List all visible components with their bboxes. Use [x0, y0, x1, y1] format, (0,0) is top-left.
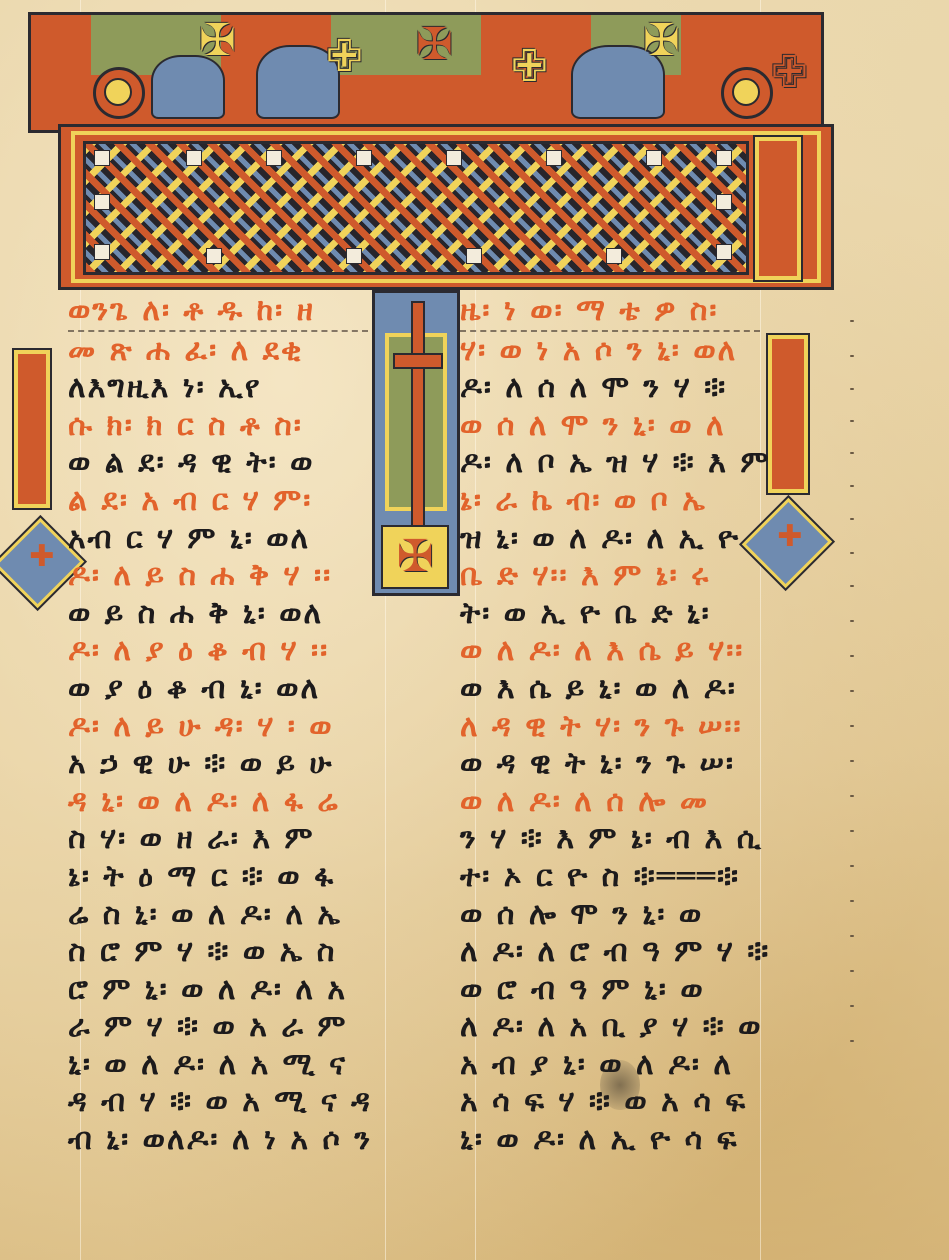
text-line: ወ ያ ዕ ቆ ብ ኒ፡ ወለ	[68, 670, 368, 708]
text-line: ሱ ክ፡ ክ ር ስ ቶ ስ፡	[68, 407, 368, 445]
text-line: ኒ፡ ወ ለ ዶ፡ ለ አ ሚ ና	[68, 1046, 368, 1084]
cross-icon: ✠	[199, 19, 236, 63]
text-line: ቤ ድ ሃ፡፡ እ ም ኔ፡ ሩ	[460, 557, 760, 595]
text-line: ወ ሰ ለ ሞ ን ኒ፡ ወ ለ	[460, 407, 760, 445]
text-line: ስ ሃ፡ ወ ዘ ራ፡ እ ም	[68, 820, 368, 858]
pricking-mark	[850, 518, 854, 520]
pricking-mark	[850, 690, 854, 692]
interlace-headpiece: ✠ ✙ ✠ ✙ ✠ ✙	[8, 6, 848, 291]
text-line: ዶ፡ ለ ሰ ለ ሞ ን ሃ ፨	[460, 369, 760, 407]
text-line: ኔ፡ ት ዕ ማ ር ፨ ወ ፋ	[68, 858, 368, 896]
text-line: ወ ሮ ብ ዓ ም ኒ፡ ወ	[460, 971, 760, 1009]
text-line: ወ ለ ዶ፡ ለ እ ሴ ይ ሃ፡፡	[460, 632, 760, 670]
ink-stain	[600, 1060, 640, 1110]
text-line: መ ጽ ሐ ፈ፡ ለ ደቂ	[68, 332, 368, 370]
pricking-mark	[850, 420, 854, 422]
text-line: ዝ ኒ፡ ወ ለ ዶ፡ ለ ኢ ዮ	[460, 520, 760, 558]
pricking-mark	[850, 1005, 854, 1007]
pricking-mark	[850, 452, 854, 454]
text-column-left: ወንጌ ለ፡ ቶ ዱ ከ፡ ዘመ ጽ ሐ ፈ፡ ለ ደቂለእግዚእ ነ፡ ኢየሱ…	[68, 292, 368, 1159]
text-line: ለእግዚእ ነ፡ ኢየ	[68, 369, 368, 407]
text-line: ራ ም ሃ ፨ ወ አ ራ ም	[68, 1008, 368, 1046]
text-line: ወ ለ ዶ፡ ለ ሰ ሎ መ	[460, 783, 760, 821]
cross-icon: ✙	[771, 51, 808, 95]
pricking-mark	[850, 585, 854, 587]
pricking-mark	[850, 320, 854, 322]
text-line: ኔ፡ ራ ኬ ብ፡ ወ ቦ ኤ	[460, 482, 760, 520]
cross-icon: ✙	[326, 35, 363, 79]
pricking-mark	[850, 655, 854, 657]
text-line: ተ፡ ኦ ር ዮ ስ ፨═══፨	[460, 858, 760, 896]
text-column-right: ዜ፡ ነ ወ፡ ማ ቴ ዎ ስ፡ሃ፡ ወ ነ አ ሶ ን ኒ፡ ወለዶ፡ ለ ሰ…	[460, 292, 760, 1159]
text-line: ዜ፡ ነ ወ፡ ማ ቴ ዎ ስ፡	[460, 292, 760, 332]
cross-icon: ✠	[416, 23, 453, 67]
pricking-mark	[850, 620, 854, 622]
pricking-mark	[850, 388, 854, 390]
manuscript-page: ✠ ✙ ✠ ✙ ✠ ✙	[0, 0, 949, 1260]
text-line: ወ ይ ስ ሐ ቅ ኒ፡ ወለ	[68, 595, 368, 633]
central-cross-column: ✠	[372, 290, 460, 596]
text-line: ት፡ ወ ኢ ዮ ቤ ድ ኒ፡	[460, 595, 760, 633]
text-line: ወ ል ደ፡ ዳ ዊ ት፡ ወ	[68, 444, 368, 482]
pricking-mark	[850, 1040, 854, 1042]
cross-icon	[411, 301, 425, 535]
text-line: ሬ ስ ኒ፡ ወ ለ ዶ፡ ለ ኤ	[68, 896, 368, 934]
left-pillar	[14, 350, 50, 508]
text-line: ወንጌ ለ፡ ቶ ዱ ከ፡ ዘ	[68, 292, 368, 332]
pricking-mark	[850, 552, 854, 554]
text-line: ል ደ፡ አ ብ ር ሃ ም፡	[68, 482, 368, 520]
text-line: ለ ዶ፡ ለ ሮ ብ ዓ ም ሃ ፨	[460, 933, 760, 971]
headpiece-frame	[58, 124, 834, 290]
pricking-mark	[850, 935, 854, 937]
medallion-icon	[721, 67, 773, 119]
medallion-icon	[93, 67, 145, 119]
text-line: ሮ ም ኒ፡ ወ ለ ዶ፡ ለ አ	[68, 971, 368, 1009]
text-line: ለ ዶ፡ ለ አ ቢ ያ ሃ ፨ ወ	[460, 1008, 760, 1046]
text-line: ዳ ኒ፡ ወ ለ ዶ፡ ለ ፋ ሬ	[68, 783, 368, 821]
text-line: ዳ ብ ሃ ፨ ወ አ ሚ ና ዳ	[68, 1083, 368, 1121]
pricking-mark	[850, 900, 854, 902]
pricking-mark	[850, 760, 854, 762]
text-line: ዶ፡ ለ ቦ ኤ ዝ ሃ ፨ እ ም	[460, 444, 760, 482]
text-line: ወ ሰ ሎ ሞ ን ኒ፡ ወ	[460, 896, 760, 934]
pricking-mark	[850, 355, 854, 357]
pricking-mark	[850, 970, 854, 972]
text-line: ለ ዳ ዊ ት ሃ፡ ን ጉ ሠ፡፡	[460, 708, 760, 746]
text-line: ዶ፡ ለ ይ ስ ሐ ቅ ሃ ፡፡	[68, 557, 368, 595]
pricking-mark	[850, 795, 854, 797]
text-line: ስ ሮ ም ሃ ፨ ወ ኤ ስ	[68, 933, 368, 971]
text-line: ኒ፡ ወ ዶ፡ ለ ኢ ዮ ሳ ፍ	[460, 1121, 760, 1159]
frame-post	[755, 137, 801, 280]
pricking-mark	[850, 485, 854, 487]
right-pillar	[768, 335, 808, 493]
headpiece-crest: ✠ ✙ ✠ ✙ ✠ ✙	[28, 12, 824, 133]
text-line: ዶ፡ ለ ያ ዕ ቆ ብ ሃ ፡፡	[68, 632, 368, 670]
text-line: ዶ፡ ለ ይ ሁ ዳ፡ ሃ ፡ ወ	[68, 708, 368, 746]
cross-icon: ✠	[643, 19, 680, 63]
text-line: ብ ኒ፡ ወለዶ፡ ለ ነ አ ሶ ን	[68, 1121, 368, 1159]
text-line: ን ሃ ፨ እ ም ኔ፡ ብ እ ሲ	[460, 820, 760, 858]
text-line: ወ ዳ ዊ ት ኒ፡ ን ጉ ሠ፡	[460, 745, 760, 783]
pricking-mark	[850, 830, 854, 832]
cross-icon: ✠	[381, 525, 449, 589]
pricking-mark	[850, 725, 854, 727]
text-line: አ ኃ ዊ ሁ ፨ ወ ይ ሁ	[68, 745, 368, 783]
text-line: ሃ፡ ወ ነ አ ሶ ን ኒ፡ ወለ	[460, 332, 760, 370]
cross-icon: ✙	[511, 45, 548, 89]
text-line: ወ እ ሴ ይ ኒ፡ ወ ለ ዶ፡	[460, 670, 760, 708]
pricking-mark	[850, 865, 854, 867]
text-line: አብ ር ሃ ም ኒ፡ ወለ	[68, 520, 368, 558]
knotwork-panel	[83, 141, 749, 275]
